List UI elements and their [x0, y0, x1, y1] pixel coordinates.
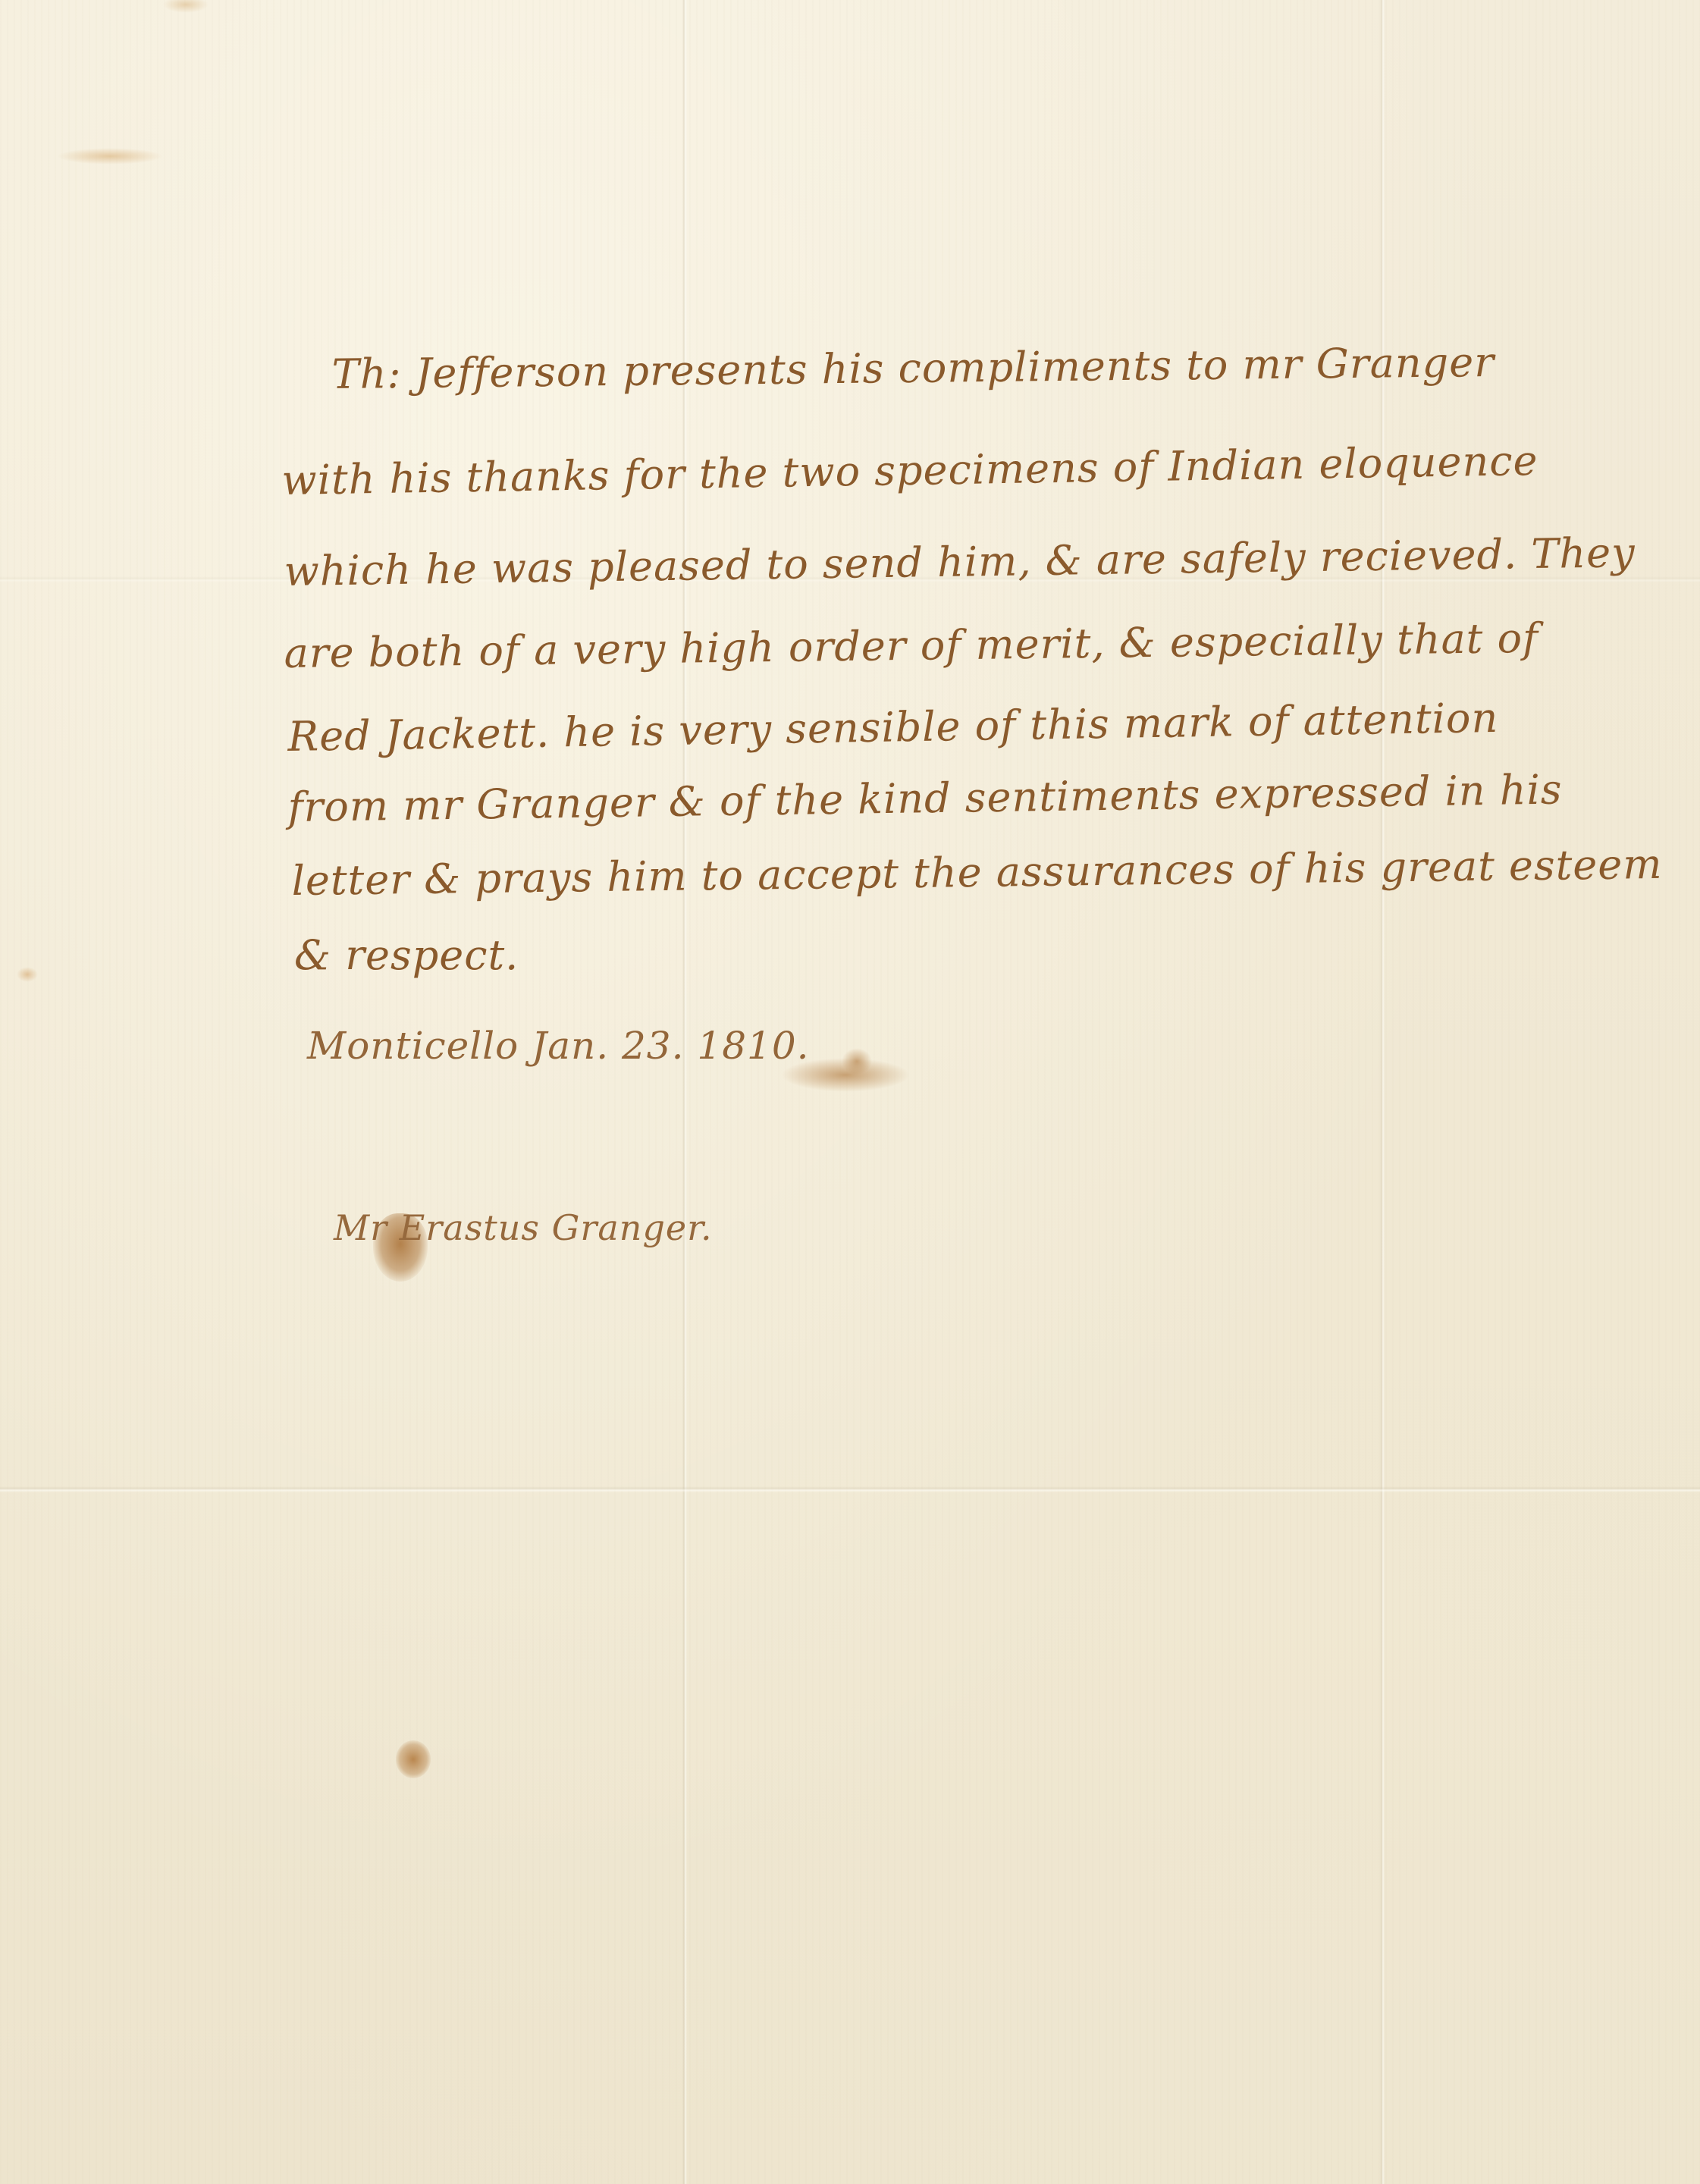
stain-top-left [57, 148, 163, 165]
dateline: Monticello Jan. 23. 1810. [307, 1024, 810, 1068]
vertical-fold-crease [682, 0, 687, 2184]
letter-line-6: from mr Granger & of the kind sentiments… [287, 766, 1563, 831]
vertical-fold-crease [1380, 0, 1385, 2184]
letter-line-1: Th: Jefferson presents his compliments t… [331, 338, 1495, 398]
stain-lower-left [396, 1740, 431, 1778]
letter-line-8: & respect. [294, 931, 519, 979]
stain-date-peak [842, 1048, 872, 1075]
letter-line-2: with his thanks for the two specimens of… [281, 437, 1538, 504]
addressee: Mr Erastus Granger. [334, 1207, 713, 1248]
stain-top-edge [163, 0, 209, 13]
stain-left-edge [17, 967, 38, 982]
letter-page: Th: Jefferson presents his compliments t… [0, 0, 1700, 2184]
letter-line-4: are both of a very high order of merit, … [284, 614, 1538, 677]
horizontal-fold-crease [0, 1486, 1700, 1492]
letter-line-3: which he was pleased to send him, & are … [284, 529, 1636, 595]
letter-line-7: letter & prays him to accept the assuran… [291, 840, 1663, 905]
letter-line-5: Red Jackett. he is very sensible of this… [287, 694, 1499, 761]
